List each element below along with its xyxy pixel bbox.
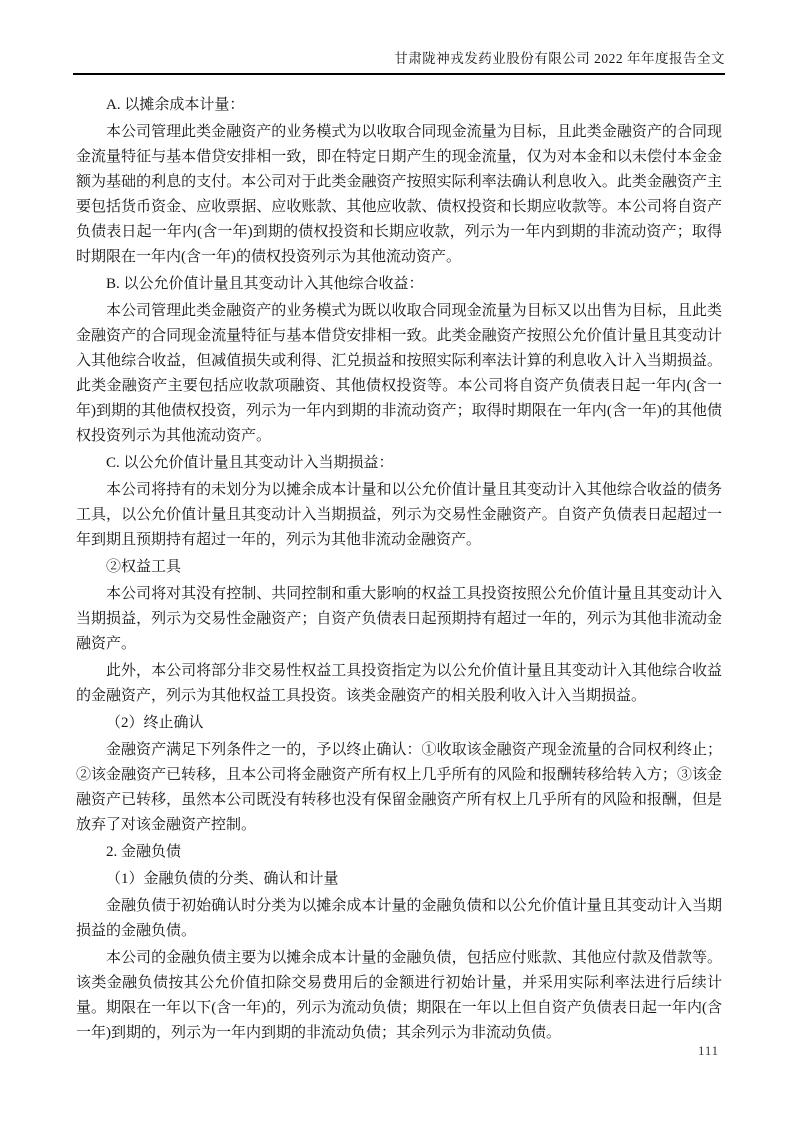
- para-equity-instruments-1: 本公司将对其没有控制、共同控制和重大影响的权益工具投资按照公允价值计量且其变动计…: [76, 582, 722, 657]
- para-fl-initial: 金融负债于初始确认时分类为以摊余成本计量的金融负债和以公允价值计量且其变动计入当…: [76, 894, 722, 944]
- heading-equity-instruments: ②权益工具: [76, 555, 722, 580]
- heading-derecognition: （2）终止确认: [76, 711, 722, 736]
- report-page: 甘肃陇神戎发药业股份有限公司 2022 年年度报告全文 A. 以摊余成本计量： …: [0, 0, 793, 1122]
- para-fvtpl: 本公司将持有的未划分为以摊余成本计量和以公允价值计量且其变动计入其他综合收益的债…: [76, 478, 722, 553]
- para-derecognition: 金融资产满足下列条件之一的，予以终止确认：①收取该金融资产现金流量的合同权利终止…: [76, 738, 722, 838]
- heading-fl-classification: （1）金融负债的分类、确认和计量: [76, 867, 722, 892]
- heading-amortized-cost: A. 以摊余成本计量：: [76, 93, 722, 118]
- page-number: 111: [698, 1044, 719, 1059]
- heading-financial-liabilities: 2. 金融负债: [76, 840, 722, 865]
- para-equity-instruments-2: 此外，本公司将部分非交易性权益工具投资指定为以公允价值计量且其变动计入其他综合收…: [76, 659, 722, 709]
- para-amortized-cost: 本公司管理此类金融资产的业务模式为以收取合同现金流量为目标，且此类金融资产的合同…: [76, 120, 722, 270]
- para-fl-measurement: 本公司的金融负债主要为以摊余成本计量的金融负债，包括应付账款、其他应付款及借款等…: [76, 946, 722, 1046]
- report-header-title: 甘肃陇神戎发药业股份有限公司 2022 年年度报告全文: [394, 51, 725, 66]
- document-body: A. 以摊余成本计量： 本公司管理此类金融资产的业务模式为以收取合同现金流量为目…: [76, 93, 722, 1048]
- para-fvoci: 本公司管理此类金融资产的业务模式为既以收取合同现金流量为目标又以出售为目标，且此…: [76, 299, 722, 449]
- page-header: 甘肃陇神戎发药业股份有限公司 2022 年年度报告全文: [73, 50, 725, 75]
- heading-fvtpl: C. 以公允价值计量且其变动计入当期损益：: [76, 451, 722, 476]
- heading-fvoci: B. 以公允价值计量且其变动计入其他综合收益：: [76, 272, 722, 297]
